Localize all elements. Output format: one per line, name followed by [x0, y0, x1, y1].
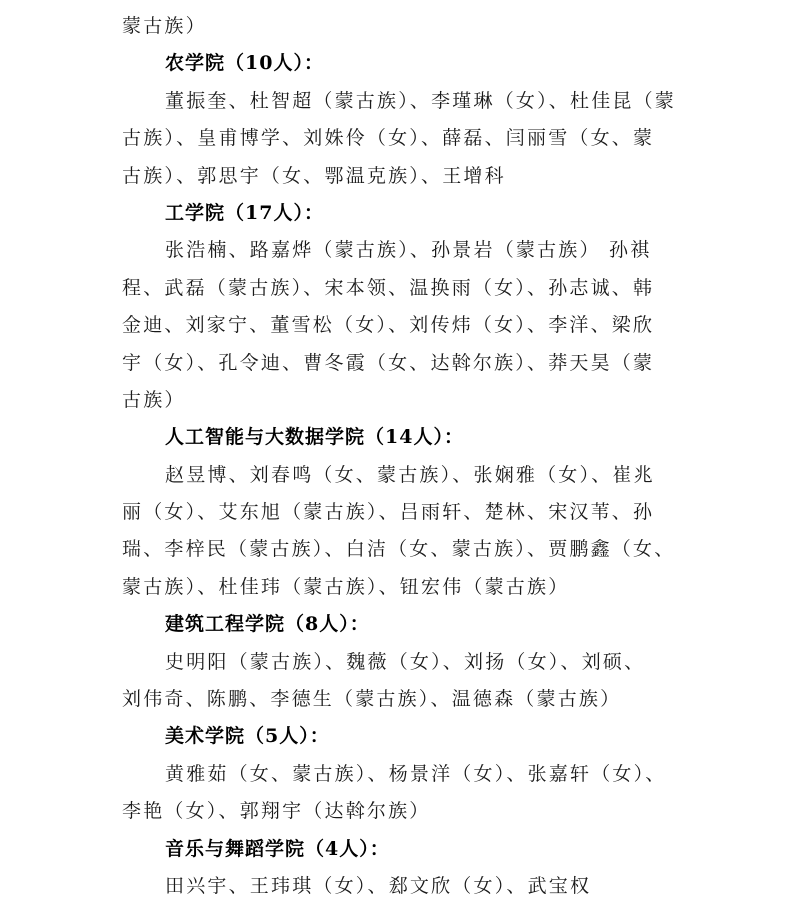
name-list-line: 金迪、刘家宁、董雪松（女）、刘传炜（女）、李洋、梁欣 — [122, 307, 678, 344]
section-engineering: 工学院（17人）： 张浩楠、路嘉烨（蒙古族）、孙景岩（蒙古族） 孙祺 程、武磊（… — [122, 195, 678, 419]
name-list-line: 古族）、皇甫博学、刘姝伶（女）、薛磊、闫丽雪（女、蒙 — [122, 120, 678, 157]
section-heading: 人工智能与大数据学院（14人）： — [122, 419, 678, 456]
section-architecture: 建筑工程学院（8人）： 史明阳（蒙古族）、魏薇（女）、刘扬（女）、刘硕、 刘伟奇… — [122, 606, 678, 718]
section-heading: 建筑工程学院（8人）： — [122, 606, 678, 643]
name-list-line: 田兴宇、王玮琪（女）、郄文欣（女）、武宝权 — [122, 868, 678, 905]
name-list-line: 丽（女）、艾东旭（蒙古族）、吕雨轩、楚林、宋汉苇、孙 — [122, 494, 678, 531]
section-ai-bigdata: 人工智能与大数据学院（14人）： 赵昱博、刘春鸣（女、蒙古族）、张娴雅（女）、崔… — [122, 419, 678, 606]
section-heading: 音乐与舞蹈学院（4人）： — [122, 831, 678, 868]
name-list-line: 古族）、郭思宇（女、鄂温克族）、王增科 — [122, 158, 678, 195]
name-list-line: 黄雅茹（女、蒙古族）、杨景洋（女）、张嘉轩（女）、 — [122, 756, 678, 793]
name-list-line: 程、武磊（蒙古族）、宋本领、温换雨（女）、孙志诚、韩 — [122, 270, 678, 307]
section-heading: 美术学院（5人）： — [122, 718, 678, 755]
name-list-line: 刘伟奇、陈鹏、李德生（蒙古族）、温德森（蒙古族） — [122, 681, 678, 718]
name-list-line: 宇（女）、孔令迪、曹冬霞（女、达斡尔族）、莽天昊（蒙 — [122, 345, 678, 382]
name-list-line: 董振奎、杜智超（蒙古族）、李瑾琳（女）、杜佳昆（蒙 — [122, 83, 678, 120]
name-list-line: 蒙古族）、杜佳玮（蒙古族）、钮宏伟（蒙古族） — [122, 569, 678, 606]
name-list-line: 赵昱博、刘春鸣（女、蒙古族）、张娴雅（女）、崔兆 — [122, 457, 678, 494]
name-list-line: 张浩楠、路嘉烨（蒙古族）、孙景岩（蒙古族） 孙祺 — [122, 232, 678, 269]
section-music-dance: 音乐与舞蹈学院（4人）： 田兴宇、王玮琪（女）、郄文欣（女）、武宝权 — [122, 831, 678, 906]
name-list-line: 古族） — [122, 382, 678, 419]
continuation-text: 蒙古族） — [122, 8, 678, 45]
section-heading: 农学院（10人）： — [122, 45, 678, 82]
name-list-line: 史明阳（蒙古族）、魏薇（女）、刘扬（女）、刘硕、 — [122, 644, 678, 681]
name-list-line: 瑞、李梓民（蒙古族）、白洁（女、蒙古族）、贾鹏鑫（女、 — [122, 531, 678, 568]
document-page: 蒙古族） 农学院（10人）： 董振奎、杜智超（蒙古族）、李瑾琳（女）、杜佳昆（蒙… — [122, 8, 678, 905]
section-agriculture: 农学院（10人）： 董振奎、杜智超（蒙古族）、李瑾琳（女）、杜佳昆（蒙 古族）、… — [122, 45, 678, 195]
name-list-line: 李艳（女）、郭翔宇（达斡尔族） — [122, 793, 678, 830]
section-heading: 工学院（17人）： — [122, 195, 678, 232]
section-fine-arts: 美术学院（5人）： 黄雅茹（女、蒙古族）、杨景洋（女）、张嘉轩（女）、 李艳（女… — [122, 718, 678, 830]
